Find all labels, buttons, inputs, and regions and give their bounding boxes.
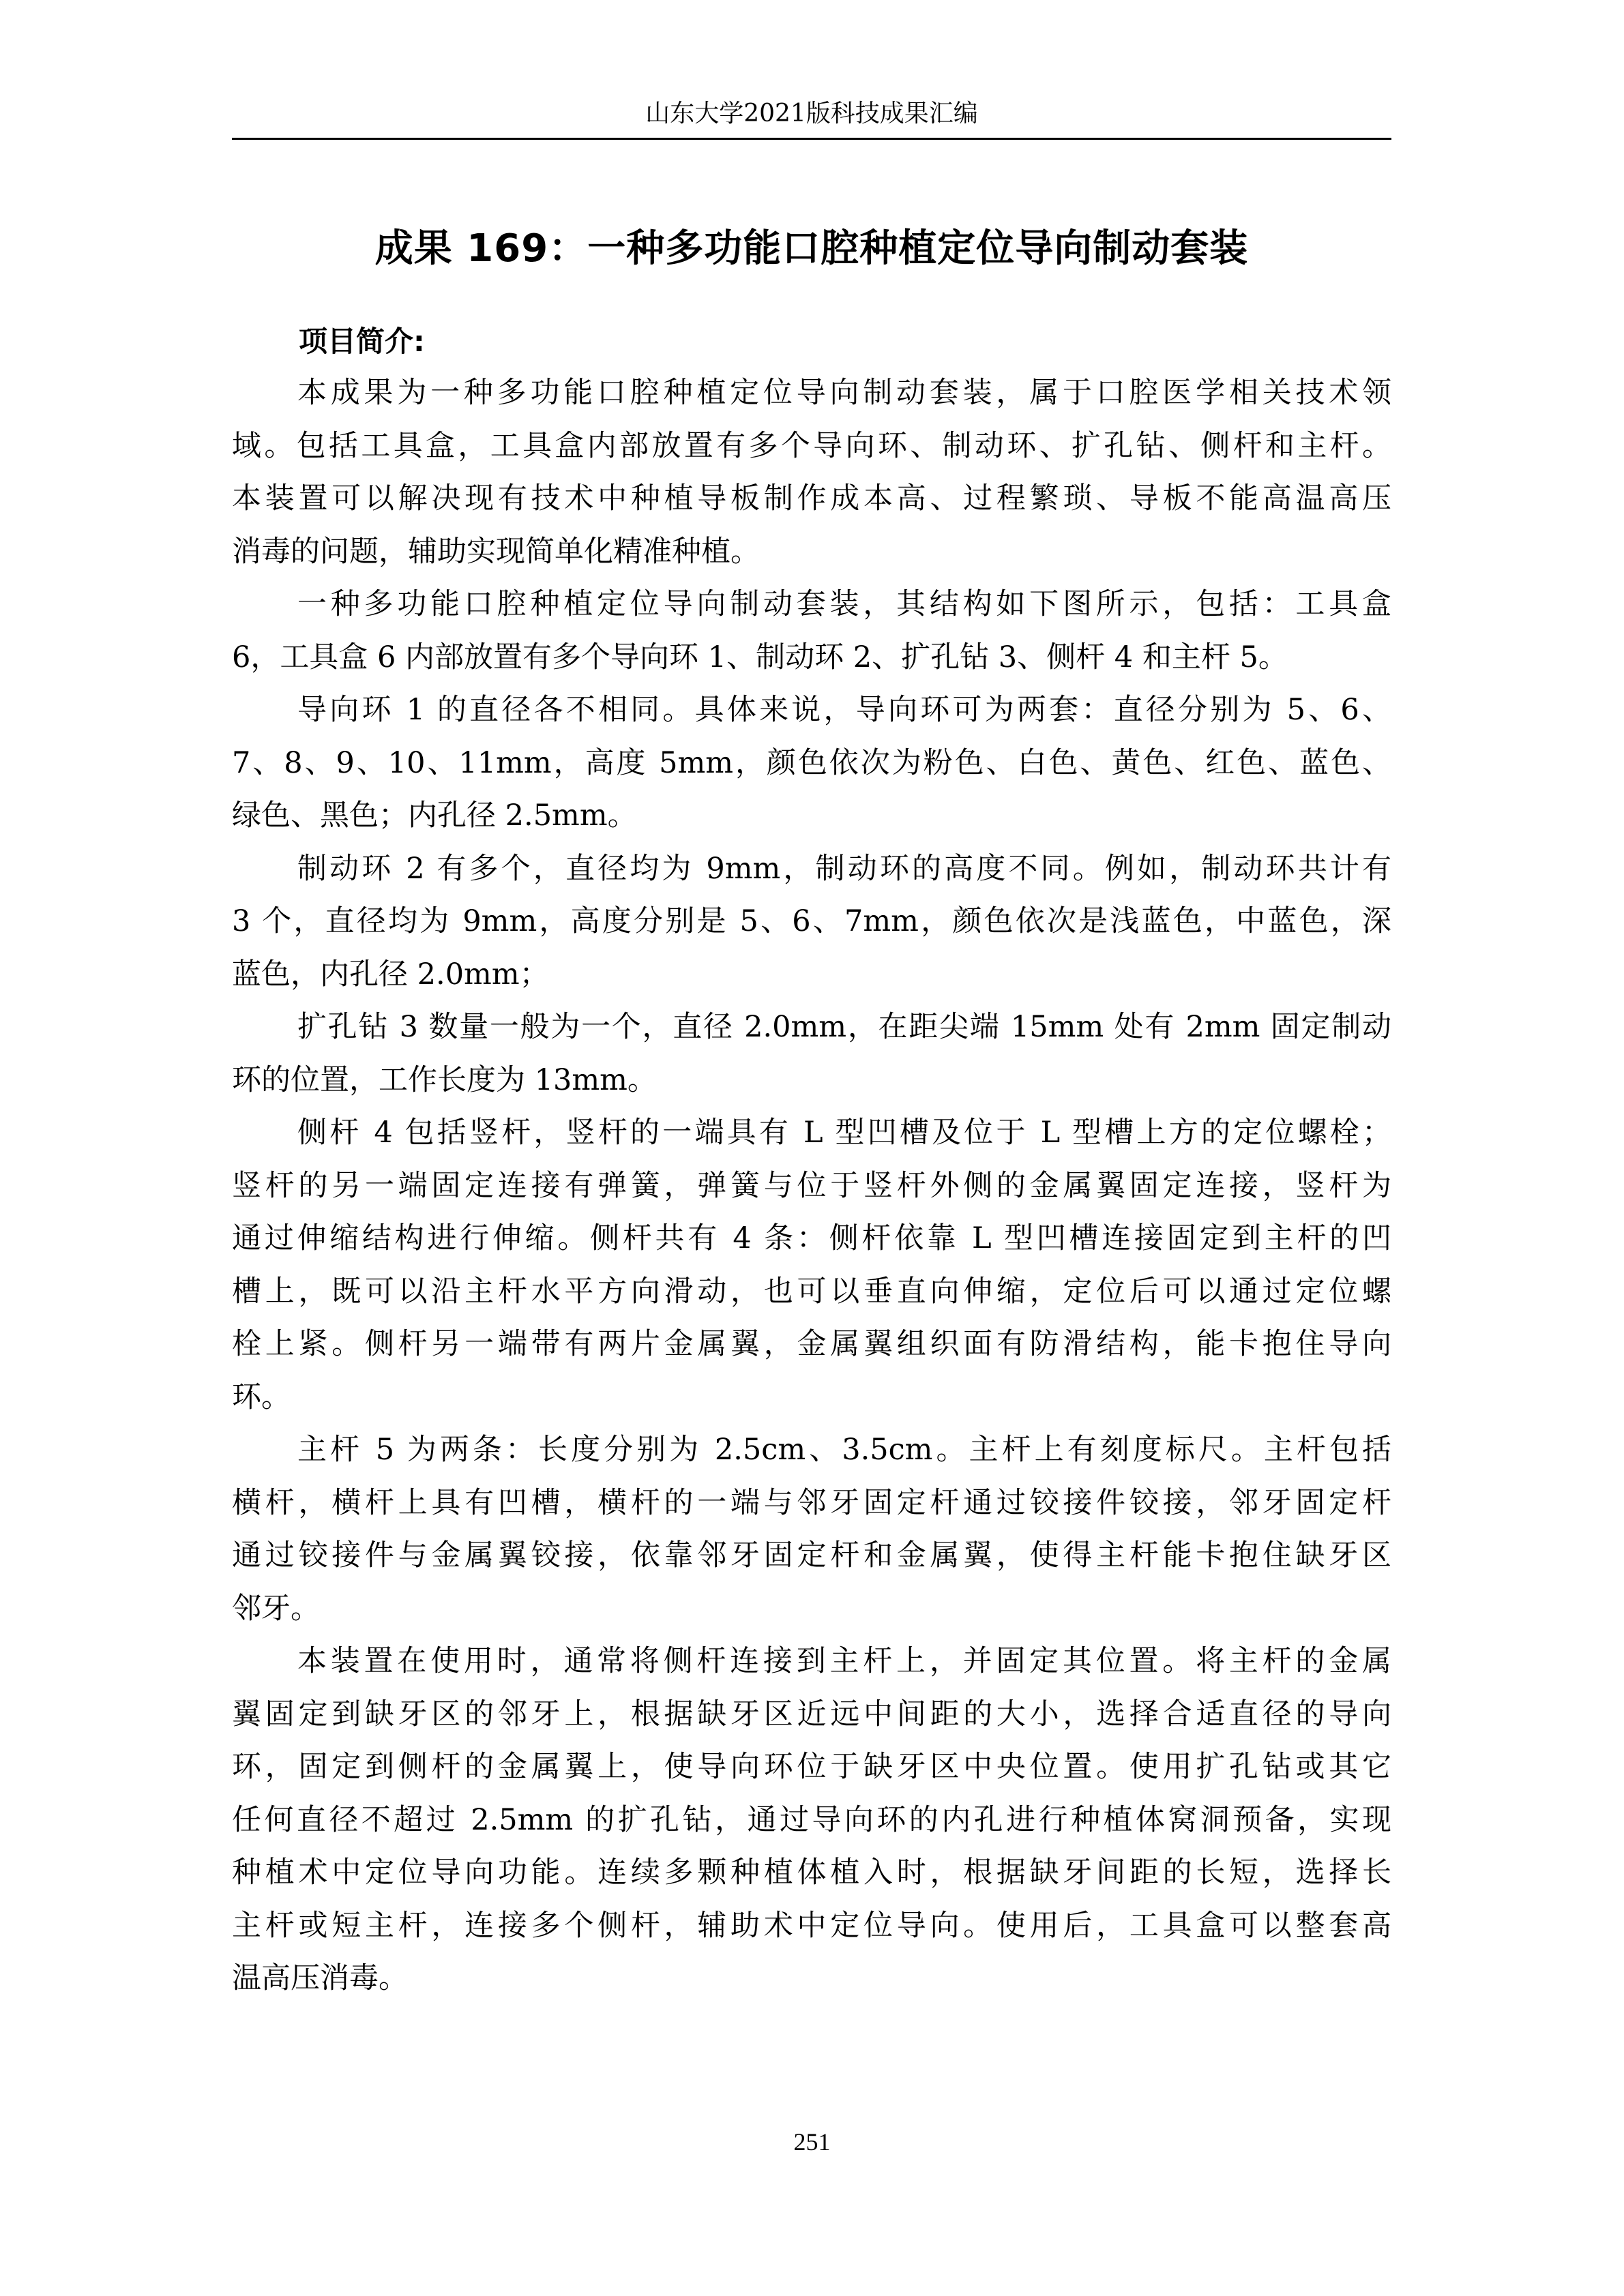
text-line: 3 个，直径均为 9mm，高度分别是 5、6、7mm，颜色依次是浅蓝色，中蓝色，… bbox=[232, 895, 1391, 949]
text-line: 横杆，横杆上具有凹槽，横杆的一端与邻牙固定杆通过铰接件铰接，邻牙固定杆 bbox=[232, 1477, 1391, 1530]
text-line: 通过铰接件与金属翼铰接，依靠邻牙固定杆和金属翼，使得主杆能卡抱住缺牙区 bbox=[232, 1530, 1391, 1583]
text-line: 温高压消毒。 bbox=[232, 1952, 1391, 2006]
text-line: 侧杆 4 包括竖杆，竖杆的一端具有 L 型凹槽及位于 L 型槽上方的定位螺栓； bbox=[232, 1107, 1391, 1160]
text-line: 通过伸缩结构进行伸缩。侧杆共有 4 条：侧杆依靠 L 型凹槽连接固定到主杆的凹 bbox=[232, 1212, 1391, 1266]
text-line: 7、8、9、10、11mm，高度 5mm，颜色依次为粉色、白色、黄色、红色、蓝色… bbox=[232, 737, 1391, 790]
text-line: 消毒的问题，辅助实现简单化精准种植。 bbox=[232, 526, 1391, 579]
text-line: 6，工具盒 6 内部放置有多个导向环 1、制动环 2、扩孔钻 3、侧杆 4 和主… bbox=[232, 631, 1391, 685]
text-line: 翼固定到缺牙区的邻牙上，根据缺牙区近远中间距的大小，选择合适直径的导向 bbox=[232, 1688, 1391, 1742]
paragraph-brake-ring: 制动环 2 有多个，直径均为 9mm，制动环的高度不同。例如，制动环共计有 3 … bbox=[232, 843, 1391, 1002]
text-line: 本装置在使用时，通常将侧杆连接到主杆上，并固定其位置。将主杆的金属 bbox=[232, 1635, 1391, 1688]
page-title: 成果 169：一种多功能口腔种植定位导向制动套装 bbox=[232, 218, 1391, 273]
text-line: 制动环 2 有多个，直径均为 9mm，制动环的高度不同。例如，制动环共计有 bbox=[232, 843, 1391, 896]
paragraph-side-rod: 侧杆 4 包括竖杆，竖杆的一端具有 L 型凹槽及位于 L 型槽上方的定位螺栓； … bbox=[232, 1107, 1391, 1424]
text-line: 栓上紧。侧杆另一端带有两片金属翼，金属翼组织面有防滑结构，能卡抱住导向 bbox=[232, 1318, 1391, 1371]
text-line: 竖杆的另一端固定连接有弹簧，弹簧与位于竖杆外侧的金属翼固定连接，竖杆为 bbox=[232, 1160, 1391, 1213]
text-line: 邻牙。 bbox=[232, 1583, 1391, 1636]
paragraph-usage: 本装置在使用时，通常将侧杆连接到主杆上，并固定其位置。将主杆的金属 翼固定到缺牙… bbox=[232, 1635, 1391, 2006]
text-line: 域。包括工具盒，工具盒内部放置有多个导向环、制动环、扩孔钻、侧杆和主杆。 bbox=[232, 420, 1391, 473]
text-line: 槽上，既可以沿主杆水平方向滑动，也可以垂直向伸缩，定位后可以通过定位螺 bbox=[232, 1266, 1391, 1319]
text-line: 绿色、黑色；内孔径 2.5mm。 bbox=[232, 790, 1391, 843]
text-line: 环的位置，工作长度为 13mm。 bbox=[232, 1054, 1391, 1107]
paragraph-guide-ring: 导向环 1 的直径各不相同。具体来说，导向环可为两套：直径分别为 5、6、 7、… bbox=[232, 684, 1391, 843]
running-header-title: 山东大学2021版科技成果汇编 bbox=[232, 94, 1391, 129]
text-line: 任何直径不超过 2.5mm 的扩孔钻，通过导向环的内孔进行种植体窝洞预备，实现 bbox=[232, 1794, 1391, 1847]
text-line: 扩孔钻 3 数量一般为一个，直径 2.0mm，在距尖端 15mm 处有 2mm … bbox=[232, 1001, 1391, 1054]
text-line: 环。 bbox=[232, 1371, 1391, 1425]
paragraph-overview: 本成果为一种多功能口腔种植定位导向制动套装，属于口腔医学相关技术领 域。包括工具… bbox=[232, 367, 1391, 578]
page-header: 山东大学2021版科技成果汇编 bbox=[232, 41, 1391, 140]
text-line: 主杆或短主杆，连接多个侧杆，辅助术中定位导向。使用后，工具盒可以整套高 bbox=[232, 1900, 1391, 1953]
text-line: 蓝色，内孔径 2.0mm； bbox=[232, 949, 1391, 1002]
text-line: 环，固定到侧杆的金属翼上，使导向环位于缺牙区中央位置。使用扩孔钻或其它 bbox=[232, 1741, 1391, 1794]
text-line: 一种多功能口腔种植定位导向制动套装，其结构如下图所示，包括：工具盒 bbox=[232, 578, 1391, 631]
paragraph-structure: 一种多功能口腔种植定位导向制动套装，其结构如下图所示，包括：工具盒 6，工具盒 … bbox=[232, 578, 1391, 684]
text-line: 种植术中定位导向功能。连续多颗种植体植入时，根据缺牙间距的长短，选择长 bbox=[232, 1847, 1391, 1900]
text-line: 主杆 5 为两条：长度分别为 2.5cm、3.5cm。主杆上有刻度标尺。主杆包括 bbox=[232, 1424, 1391, 1477]
text-line: 导向环 1 的直径各不相同。具体来说，导向环可为两套：直径分别为 5、6、 bbox=[232, 684, 1391, 737]
paragraph-reamer: 扩孔钻 3 数量一般为一个，直径 2.0mm，在距尖端 15mm 处有 2mm … bbox=[232, 1001, 1391, 1107]
text-line: 本装置可以解决现有技术中种植导板制作成本高、过程繁琐、导板不能高温高压 bbox=[232, 473, 1391, 526]
paragraph-main-rod: 主杆 5 为两条：长度分别为 2.5cm、3.5cm。主杆上有刻度标尺。主杆包括… bbox=[232, 1424, 1391, 1635]
header-divider bbox=[232, 138, 1391, 140]
section-label-project-intro: 项目简介: bbox=[299, 319, 425, 360]
page-number: 251 bbox=[0, 2128, 1624, 2156]
body-text: 本成果为一种多功能口腔种植定位导向制动套装，属于口腔医学相关技术领 域。包括工具… bbox=[232, 367, 1391, 2006]
text-line: 本成果为一种多功能口腔种植定位导向制动套装，属于口腔医学相关技术领 bbox=[232, 367, 1391, 420]
